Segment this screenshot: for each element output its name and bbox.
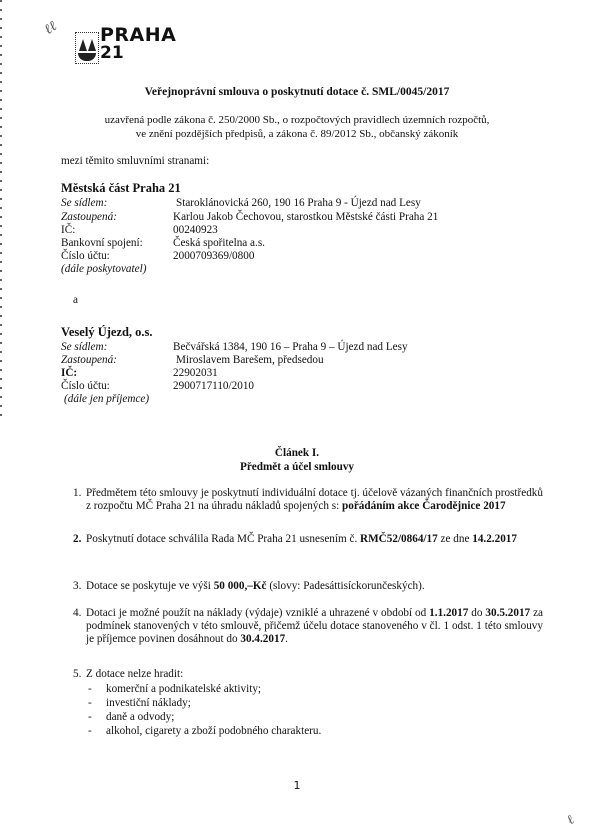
field-label: IČ: — [61, 367, 77, 380]
article-number: Článek I. — [0, 447, 594, 460]
conjunction: a — [73, 294, 78, 307]
scan-edge-artifact — [0, 0, 2, 420]
clause-text: Dotace se poskytuje ve výši 50 000,–Kč (… — [86, 580, 543, 593]
field-value: Karlou Jakob Čechovou, starostkou Městsk… — [173, 211, 438, 224]
clause-4: 4. Dotaci je možné použít na náklady (vý… — [73, 607, 543, 646]
article-title: Předmět a účel smlouvy — [0, 461, 594, 474]
praha-21-logo: PRAHA 21 — [75, 32, 175, 72]
clause-text: Poskytnutí dotace schválila Rada MČ Prah… — [86, 533, 543, 546]
clause-number: 5. — [73, 668, 81, 681]
provider-role: (dále poskytovatel) — [61, 263, 146, 276]
field-label: IČ: — [61, 224, 75, 237]
field-label: Číslo účtu: — [61, 250, 110, 263]
clause-3: 3. Dotace se poskytuje ve výši 50 000,–K… — [73, 580, 543, 593]
clause-5: 5. Z dotace nelze hradit: — [73, 668, 543, 681]
document-title: Veřejnoprávní smlouva o poskytnutí dotac… — [0, 86, 594, 99]
provider-field-ic: IČ: 00240923 — [61, 224, 541, 237]
field-value: Miroslavem Barešem, předsedou — [176, 354, 324, 367]
clause-text: Předmětem této smlouvy je poskytnutí ind… — [86, 487, 543, 513]
praha-21-crest-icon — [75, 32, 99, 64]
field-label: Se sídlem: — [61, 341, 107, 354]
provider-field-seat: Se sídlem: Staroklánovická 260, 190 16 P… — [61, 197, 541, 210]
provider-field-represented: Zastoupená: Karlou Jakob Čechovou, staro… — [61, 211, 541, 224]
field-value: 22902031 — [173, 367, 218, 380]
field-label: Číslo účtu: — [61, 380, 110, 393]
field-value: Česká spořitelna a.s. — [173, 237, 265, 250]
clause-number: 2. — [73, 533, 81, 546]
subtitle-line-1: uzavřená podle zákona č. 250/2000 Sb., o… — [0, 114, 594, 127]
field-value: Staroklánovická 260, 190 16 Praha 9 - Új… — [176, 197, 421, 210]
field-label: Se sídlem: — [61, 197, 107, 210]
recipient-field-account: Číslo účtu: 2900717110/2010 — [61, 380, 541, 393]
provider-field-account: Číslo účtu: 2000709369/0800 — [61, 250, 541, 263]
field-value: 2900717110/2010 — [173, 380, 254, 393]
field-value: 2000709369/0800 — [173, 250, 254, 263]
recipient-field-seat: Se sídlem: Bečvářská 1384, 190 16 – Prah… — [61, 341, 541, 354]
clause-number: 3. — [73, 580, 81, 593]
recipient-name: Veselý Újezd, o.s. — [61, 326, 153, 339]
initials-signature-icon: ℓ — [565, 814, 577, 828]
intro-text: mezi těmito smluvními stranami: — [61, 155, 209, 168]
recipient-field-ic: IČ: 22902031 — [61, 367, 541, 380]
page-number: 1 — [0, 779, 594, 792]
field-value: Bečvářská 1384, 190 16 – Praha 9 – Újezd… — [173, 341, 408, 354]
handwritten-mark-icon: ℓℓ — [42, 20, 59, 37]
logo-word: PRAHA — [100, 29, 176, 42]
field-label: Zastoupená: — [61, 211, 117, 224]
field-label: Bankovní spojení: — [61, 237, 143, 250]
field-value: 00240923 — [173, 224, 218, 237]
subtitle-line-2: ve znění pozdějších předpisů, a zákona č… — [0, 128, 594, 141]
clause-text: Dotaci je možné použít na náklady (výdaj… — [86, 607, 543, 646]
recipient-role: (dále jen příjemce) — [64, 393, 149, 406]
clause-number: 4. — [73, 607, 81, 620]
provider-field-bank: Bankovní spojení: Česká spořitelna a.s. — [61, 237, 541, 250]
logo-number: 21 — [100, 47, 124, 60]
clause-number: 1. — [73, 487, 81, 500]
recipient-field-represented: Zastoupená: Miroslavem Barešem, předsedo… — [61, 354, 541, 367]
field-label: Zastoupená: — [61, 354, 117, 367]
clause-2: 2. Poskytnutí dotace schválila Rada MČ P… — [73, 533, 543, 546]
provider-name: Městská část Praha 21 — [61, 182, 181, 195]
clause-1: 1. Předmětem této smlouvy je poskytnutí … — [73, 487, 543, 513]
clause-text: Z dotace nelze hradit: — [86, 668, 543, 681]
